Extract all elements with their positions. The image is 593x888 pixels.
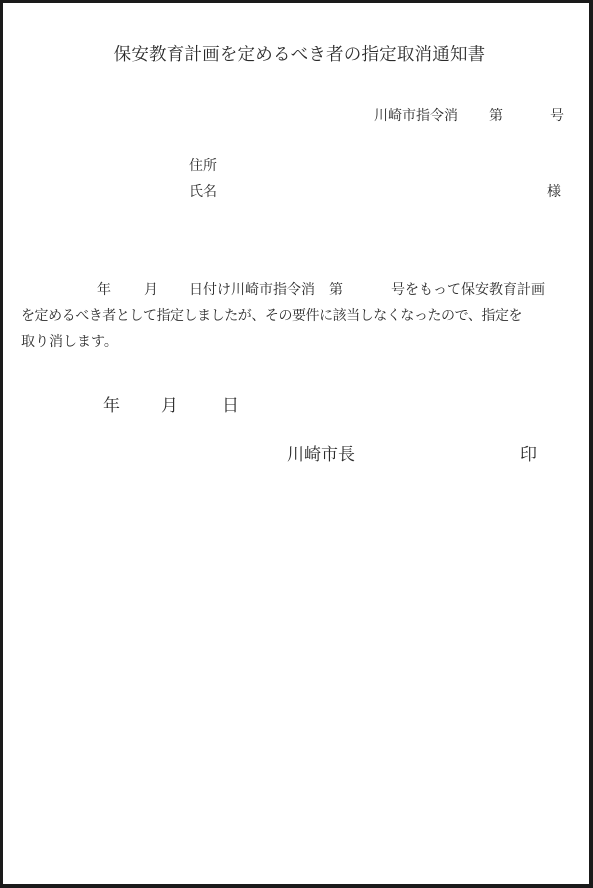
date-day: 日 [222, 391, 239, 416]
seal-mark: 印 [520, 440, 537, 465]
document-title: 保安教育計画を定めるべき者の指定取消通知書 [3, 41, 593, 66]
doc-number-go: 号 [550, 105, 564, 125]
body-line2: を定めるべき者として指定しましたが、その要件に該当しなくなったので、指定を [21, 305, 522, 325]
honorific: 様 [547, 181, 561, 201]
address-label: 住所 [189, 155, 217, 175]
name-label: 氏名 [189, 181, 217, 201]
body-line1-tail: 号をもって保安教育計画 [391, 279, 545, 299]
doc-number-prefix: 川崎市指令消 [374, 105, 458, 125]
document-page: 保安教育計画を定めるべき者の指定取消通知書 川崎市指令消 第 号 住所 氏名 様… [0, 0, 593, 888]
body-line1-middle: 日付け川崎市指令消 第 [189, 279, 343, 299]
issuer-name: 川崎市長 [287, 440, 355, 465]
body-line3: 取り消します。 [21, 331, 118, 351]
date-year: 年 [103, 391, 120, 416]
date-month: 月 [161, 391, 178, 416]
body-month: 月 [144, 279, 158, 299]
doc-number-dai: 第 [489, 105, 503, 125]
body-year: 年 [97, 279, 111, 299]
